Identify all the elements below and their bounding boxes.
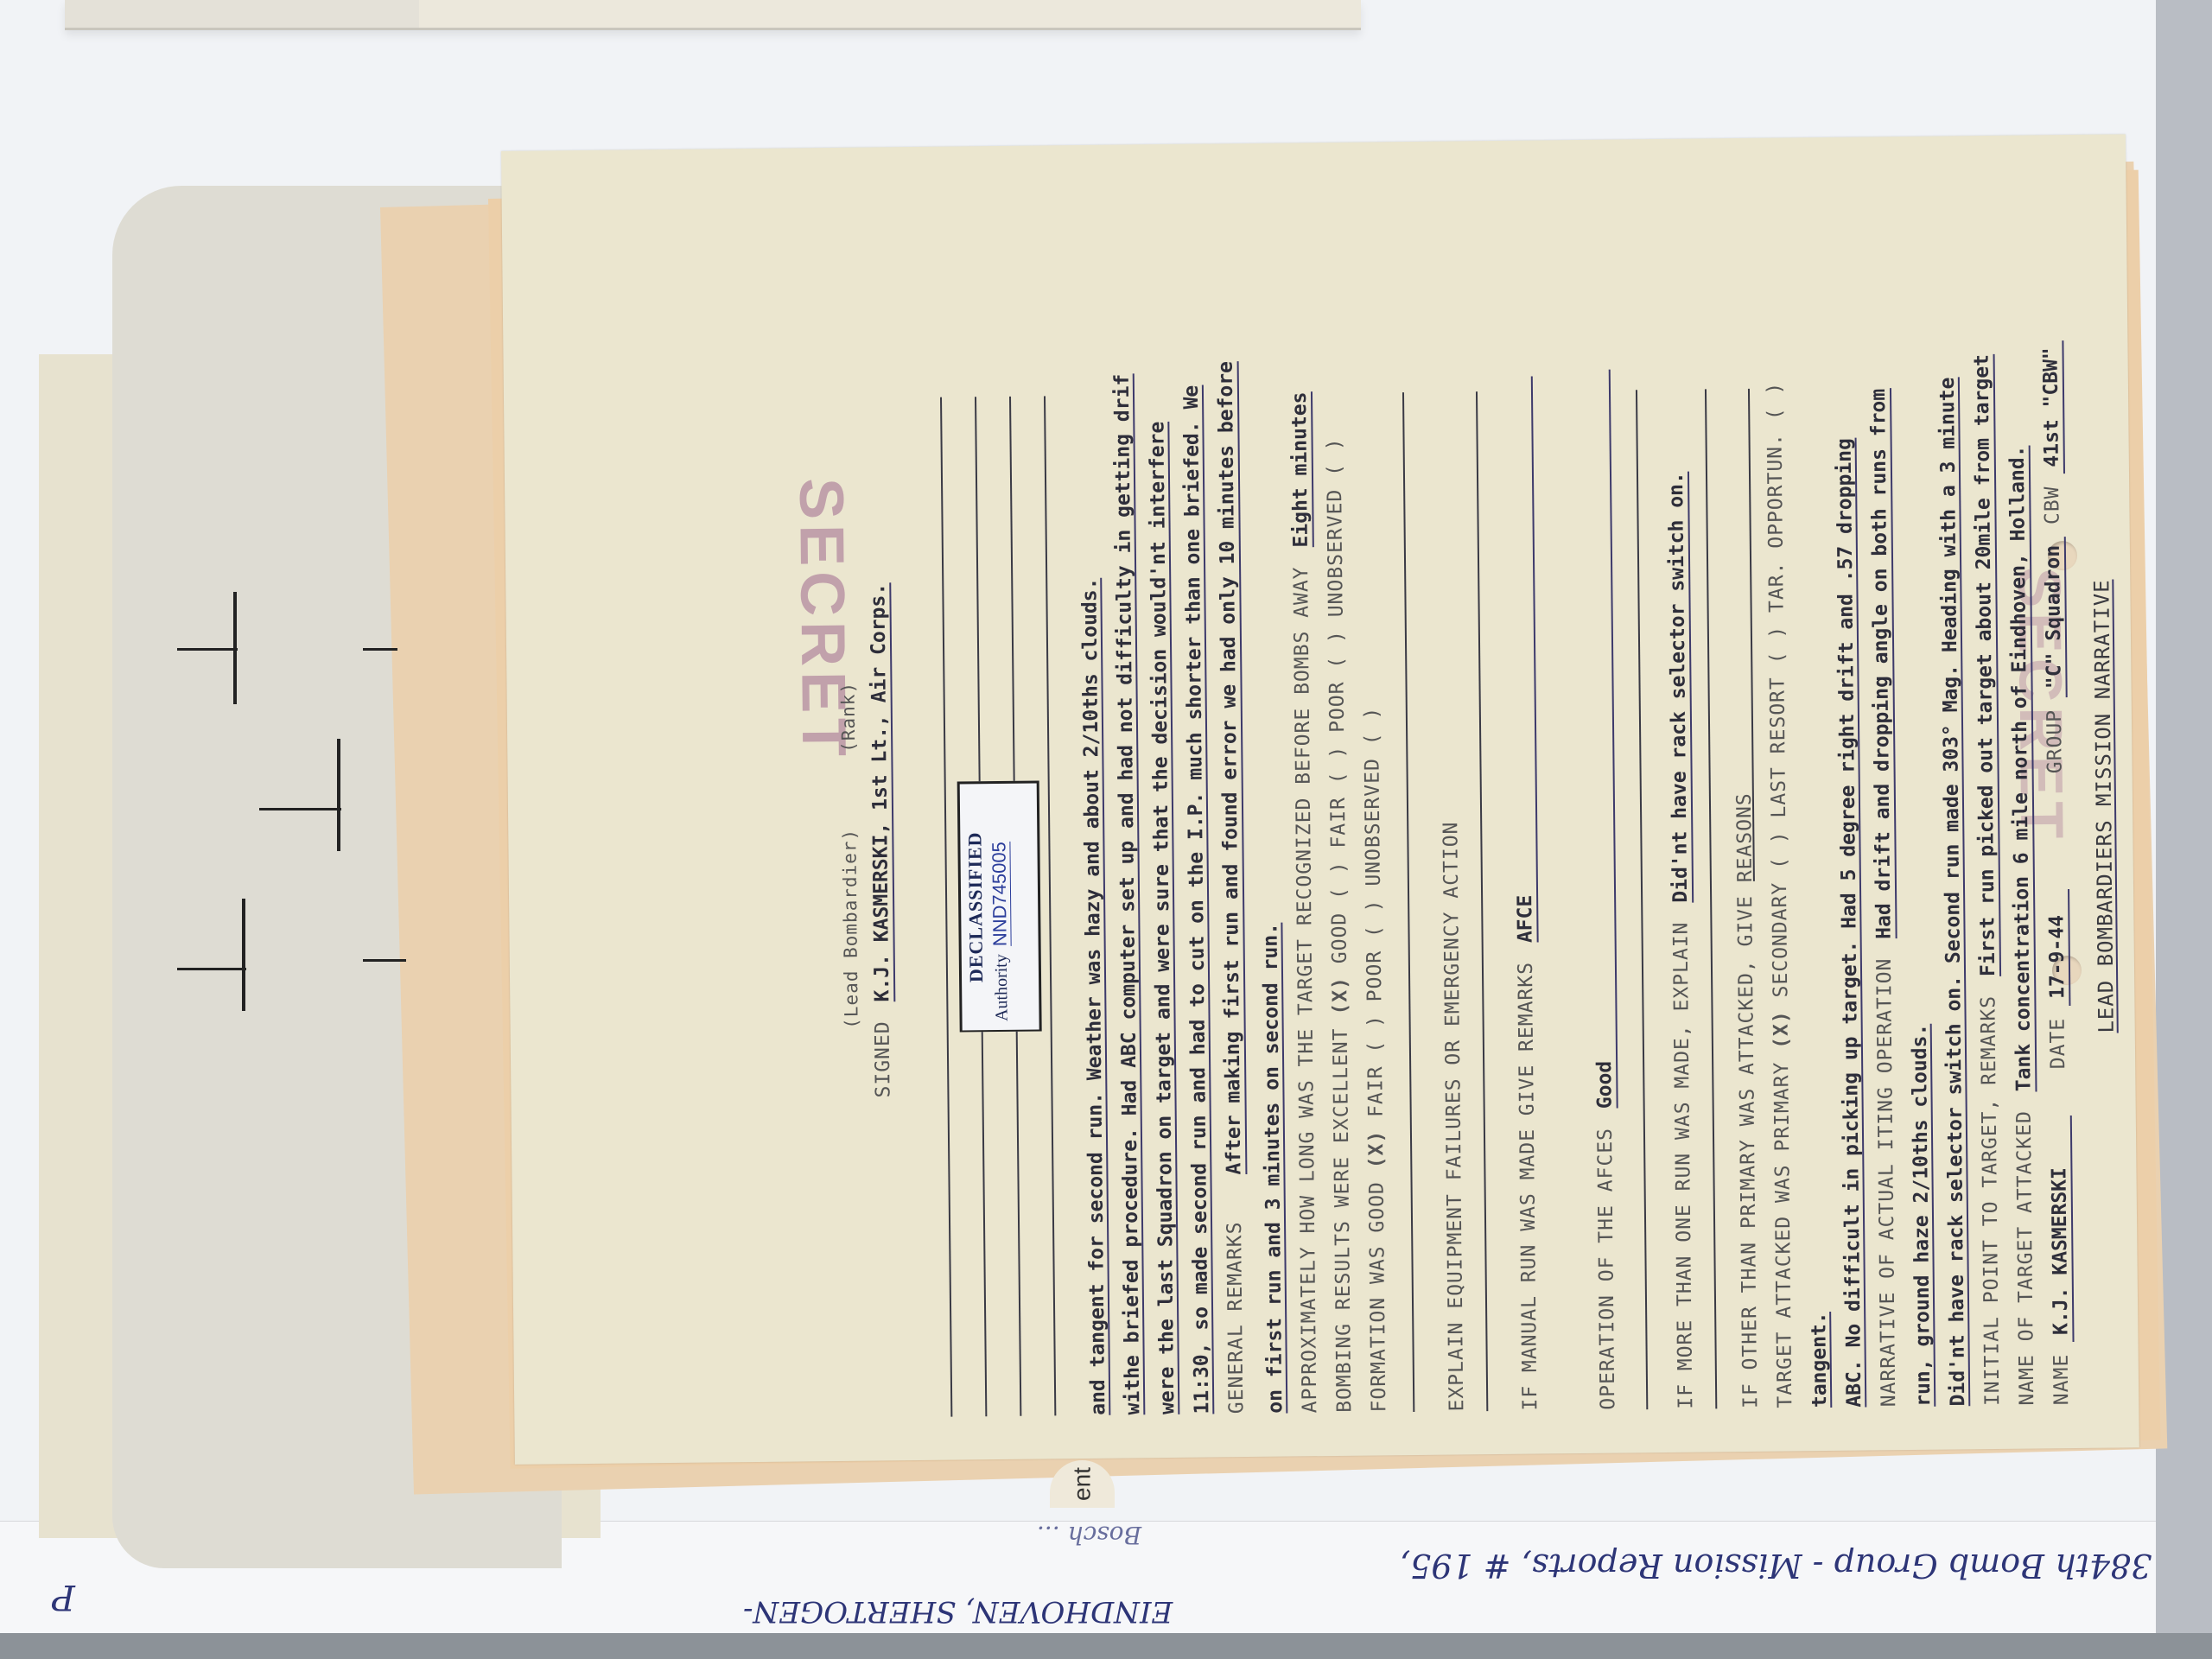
narrative-3: tangent.	[1809, 1312, 1832, 1408]
remarks-3: were the last Squadron on target and wer…	[1147, 422, 1179, 1415]
formation-good-checkbox: (X)	[1365, 1130, 1388, 1169]
ip-remarks-3: run, ground haze 2/10ths clouds.	[1910, 1024, 1936, 1407]
mark	[363, 648, 397, 651]
signature-row: SIGNED K.J. KASMERSKI, 1st Lt., Air Corp…	[868, 583, 893, 1098]
mission-narrative-page: LEAD BOMBARDIERS MISSION NARRATIVE SECRE…	[501, 134, 2139, 1465]
handwritten-label-line3: Bosch ...	[1037, 1521, 1141, 1549]
name-row: NAME K.J. KASMERSKI DATE 17-9-44 GROUP "…	[2041, 340, 2072, 1405]
primary-checkbox: (X)	[1770, 1010, 1792, 1049]
blank-line	[940, 397, 952, 1417]
handwritten-label-line1: 384th Bomb Group - Mission Reports, # 19…	[1400, 1547, 2152, 1585]
remarks-2: 11:30, so made second run and had to cut…	[1182, 385, 1214, 1414]
more-than-one-row: IF MORE THAN ONE RUN WAS MADE, EXPLAIN D…	[1667, 472, 1696, 1409]
blank-line	[1044, 396, 1056, 1415]
narrative-row: NARRATIVE OF ACTUAL ITING OPERATION Had …	[1869, 389, 1899, 1408]
mark	[177, 648, 238, 651]
cbw-value: 41st "CBW"	[2039, 340, 2065, 474]
ip-row: INITIAL POINT TO TARGET, REMARKS First r…	[1973, 354, 2004, 1406]
handwritten-corner-mark: P	[52, 1577, 75, 1617]
page-content: LEAD BOMBARDIERS MISSION NARRATIVE SECRE…	[501, 134, 2139, 1447]
mark	[363, 959, 406, 962]
form-title: LEAD BOMBARDIERS MISSION NARRATIVE	[2091, 579, 2118, 1033]
group-value: "C" Squadron	[2042, 537, 2068, 697]
authority-number: NND745005	[988, 842, 1011, 946]
remarks-4: withe briefed procedure. Had ABC compute…	[1113, 374, 1146, 1415]
target-value: Tank concentration 6 mile north of Eindh…	[2006, 445, 2037, 1091]
declassified-label: DECLASSIFIED Authority NND745005	[957, 781, 1042, 1033]
manual-run-row: IF MANUAL RUN WAS MADE GIVE REMARKS AFCE	[1510, 377, 1541, 1411]
equipment-label: EXPLAIN EQUIPMENT FAILURES OR EMERGENCY …	[1441, 821, 1467, 1411]
opportunity-checkbox: ( )	[1764, 382, 1786, 421]
blank-line	[1402, 392, 1414, 1412]
blank-line	[1705, 389, 1717, 1408]
blank-line	[1636, 390, 1648, 1409]
recognized-row: APPROXIMATELY HOW LONG WAS THE TARGET RE…	[1290, 391, 1320, 1413]
signature-role: (Lead Bombardier)	[841, 829, 861, 1029]
secondary-checkbox: ( )	[1768, 830, 1790, 869]
recognized-2: on first run and 3 minutes on second run…	[1261, 923, 1287, 1414]
last-resort-checkbox: ( )	[1766, 626, 1789, 664]
other-than-primary-label: IF OTHER THAN PRIMARY WAS ATTACKED, GIVE…	[1735, 792, 1761, 1408]
date-value: 17-9-44	[2045, 889, 2070, 1006]
remarks-5: and tangent for second run. Weather was …	[1080, 577, 1110, 1415]
mark	[259, 808, 341, 810]
results-excellent-checkbox: (X)	[1329, 976, 1351, 1015]
narrative-2: ABC. No difficult in picking up target. …	[1835, 438, 1867, 1408]
desk-bottom	[0, 1633, 2212, 1659]
ip-remarks-2: Did'nt have rack selector switch on. Sec…	[1938, 377, 1970, 1406]
mark	[337, 739, 340, 851]
remarks-row: GENERAL REMARKS After making first run a…	[1217, 361, 1248, 1414]
mark	[177, 968, 246, 970]
name-value: K.J. KASMERSKI	[2048, 1116, 2075, 1342]
handwritten-label-line2: EINDHOVEN, SHERTOGEN-	[743, 1594, 1173, 1629]
afces-row: OPERATION OF THE AFCES Good	[1588, 370, 1619, 1410]
target-type-row: TARGET ATTACKED WAS PRIMARY (X) SECONDAR…	[1765, 382, 1796, 1408]
results-row: BOMBING RESULTS WERE EXCELLENT (X) GOOD …	[1325, 437, 1356, 1413]
top-folder-edge-2	[65, 0, 419, 28]
signature-rank: (Rank)	[839, 682, 858, 753]
blank-line	[1476, 391, 1488, 1411]
formation-row: FORMATION WAS GOOD (X) FAIR ( ) POOR ( )…	[1363, 707, 1390, 1413]
mark	[242, 899, 245, 1011]
